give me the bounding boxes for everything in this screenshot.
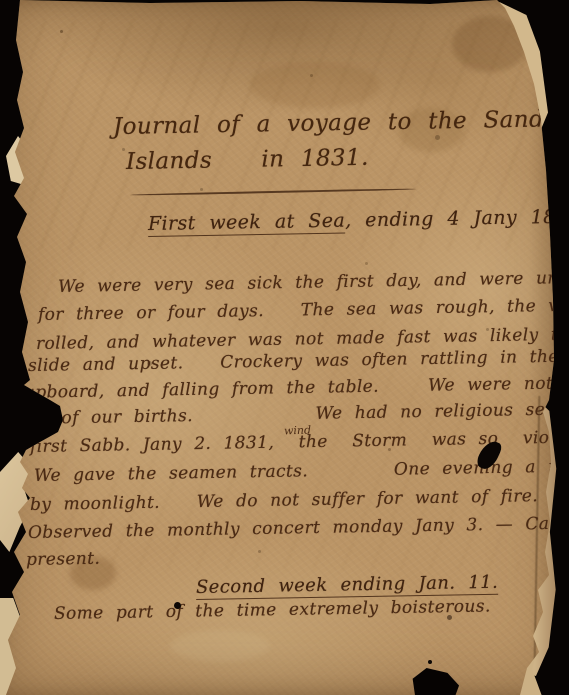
section-heading-underlined: First week at Sea — [148, 210, 346, 237]
section-heading: Second week ending Jan. 11. — [196, 572, 499, 600]
journal-line: cupboard, and falling from the table. We… — [14, 372, 569, 403]
section-heading-rest: , ending 4 Jany 1831. — — [345, 205, 569, 232]
scan-background: { "page": { "background_color": "#070403… — [0, 0, 569, 695]
manuscript-scan: Journal of a voyage to the Sandwich Isla… — [0, 0, 569, 695]
paper-stain — [170, 630, 270, 662]
title-underline — [130, 188, 416, 196]
journal-title-line: Journal of a voyage to the Sandwich — [113, 105, 569, 140]
ink-blot — [174, 602, 181, 609]
paper-stain — [250, 62, 380, 108]
journal-line: We were very sea sick the first day, and… — [58, 268, 569, 297]
journal-title-line: Islands in 1831. — [126, 145, 369, 175]
section-heading: First week at Sea, ending 4 Jany 1831. — — [148, 205, 569, 235]
journal-line: present. — [26, 549, 101, 570]
journal-line: for three or four days. The sea was roug… — [38, 295, 569, 325]
journal-line: Observed the monthly concert monday Jany… — [28, 512, 569, 543]
ink-blot — [428, 660, 432, 664]
manuscript-paper: Journal of a voyage to the Sandwich Isla… — [0, 0, 569, 695]
journal-line: by moonlight. We do not suffer for want … — [30, 486, 538, 515]
foxing-specks — [60, 30, 63, 33]
